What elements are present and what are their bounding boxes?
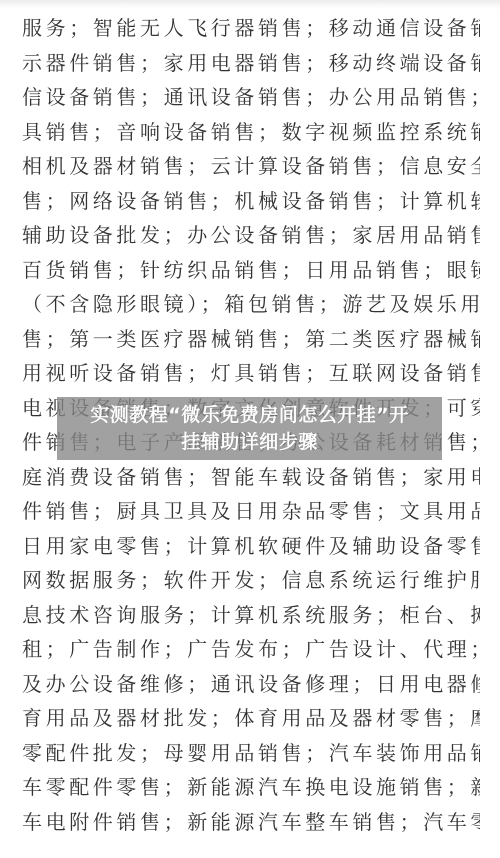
article-line: 售；网络设备销售；机械设备销售；计算机软硬件及: [22, 184, 480, 219]
article-line: 用视听设备销售；灯具销售；互联网设备销售；广播: [22, 356, 480, 391]
article-line: （不含隐形眼镜）；箱包销售；游艺及娱乐用品销: [22, 287, 480, 322]
title-overlay-banner: 实测教程“微乐免费房间怎么开挂”开 挂辅助详细步骤: [57, 397, 442, 460]
article-line: 育用品及器材批发；体育用品及器材零售；摩托车及: [22, 701, 480, 736]
article-line: 庭消费设备销售；智能车载设备销售；家用电器零配: [22, 460, 480, 495]
article-line: 售；第一类医疗器械销售；第二类医疗器械销售；家: [22, 322, 480, 357]
article-line: 息技术咨询服务；计算机系统服务；柜台、摊位出: [22, 598, 480, 633]
article-line: 信设备销售；通讯设备销售；办公用品销售；照明器: [22, 80, 480, 115]
top-edge-shadow: [0, 0, 500, 9]
article-line: 零配件批发；母婴用品销售；汽车装饰用品销售；汽: [22, 736, 480, 771]
overlay-title-line-1: 实测教程“微乐免费房间怎么开挂”开: [62, 402, 437, 429]
article-line: 服务；智能无人飞行器销售；移动通信设备销售；显: [22, 11, 480, 46]
article-line: 相机及器材销售；云计算设备销售；信息安全设备销: [22, 149, 480, 184]
overlay-title-line-2: 挂辅助详细步骤: [62, 429, 437, 456]
article-line: 网数据服务；软件开发；信息系统运行维护服务；信: [22, 563, 480, 598]
article-line: 具销售；音响设备销售；数字视频监控系统销售；照: [22, 115, 480, 150]
article-line: 租；广告制作；广告发布；广告设计、代理；计算机: [22, 632, 480, 667]
article-line: 辅助设备批发；办公设备销售；家居用品销售；日用: [22, 218, 480, 253]
article-line: 车电附件销售；新能源汽车整车销售；汽车零配件批: [22, 805, 480, 840]
article-line: 及办公设备维修；通讯设备修理；日用电器修理；体: [22, 667, 480, 702]
article-line: 车零配件零售；新能源汽车换电设施销售；新能源汽: [22, 770, 480, 805]
article-line: 日用家电零售；计算机软硬件及辅助设备零售；互联: [22, 529, 480, 564]
article-line: 百货销售；针纺织品销售；日用品销售；眼镜销售: [22, 253, 480, 288]
article-line: 件销售；厨具卫具及日用杂品零售；文具用品零售；: [22, 494, 480, 529]
article-line: 示器件销售；家用电器销售；移动终端设备销售；通: [22, 46, 480, 81]
